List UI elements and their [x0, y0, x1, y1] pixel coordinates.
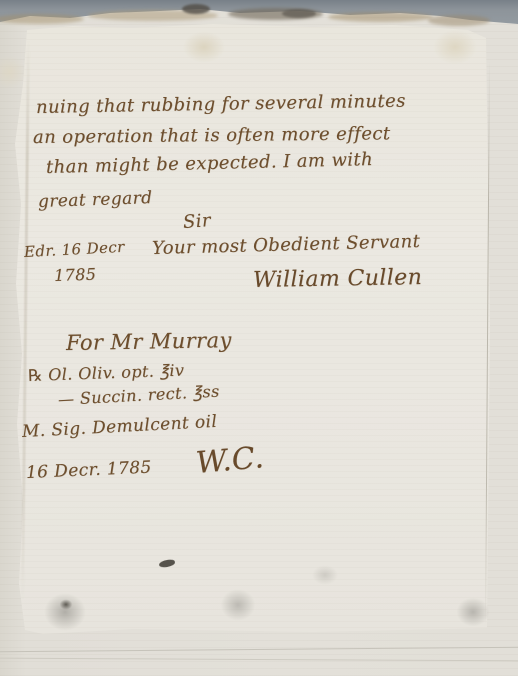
letter-body-line: great regard: [38, 188, 153, 212]
signature: William Cullen: [253, 265, 423, 293]
adhesive-spot: [450, 592, 496, 632]
top-edge-dark-blot: [282, 9, 316, 18]
adhesive-spot: [36, 586, 94, 638]
dateline-year: 1785: [54, 265, 97, 285]
wafer-mark: [426, 24, 484, 70]
top-edge-stain: [328, 12, 433, 22]
wafer-mark: [176, 26, 232, 68]
letter-body-line: an operation that is often more effect: [33, 123, 391, 148]
recipe-heading: For Mr Murray: [66, 328, 232, 355]
closing-salutation: Sir: [182, 210, 211, 233]
author-initials: W.C.: [194, 440, 265, 481]
adhesive-spot: [214, 583, 262, 627]
adhesive-spot: [308, 562, 342, 588]
top-edge-dark-blot: [182, 4, 210, 14]
scanned-letter-page: nuing that rubbing for several minutes a…: [0, 0, 518, 676]
adhesive-spot-center: [58, 598, 74, 611]
